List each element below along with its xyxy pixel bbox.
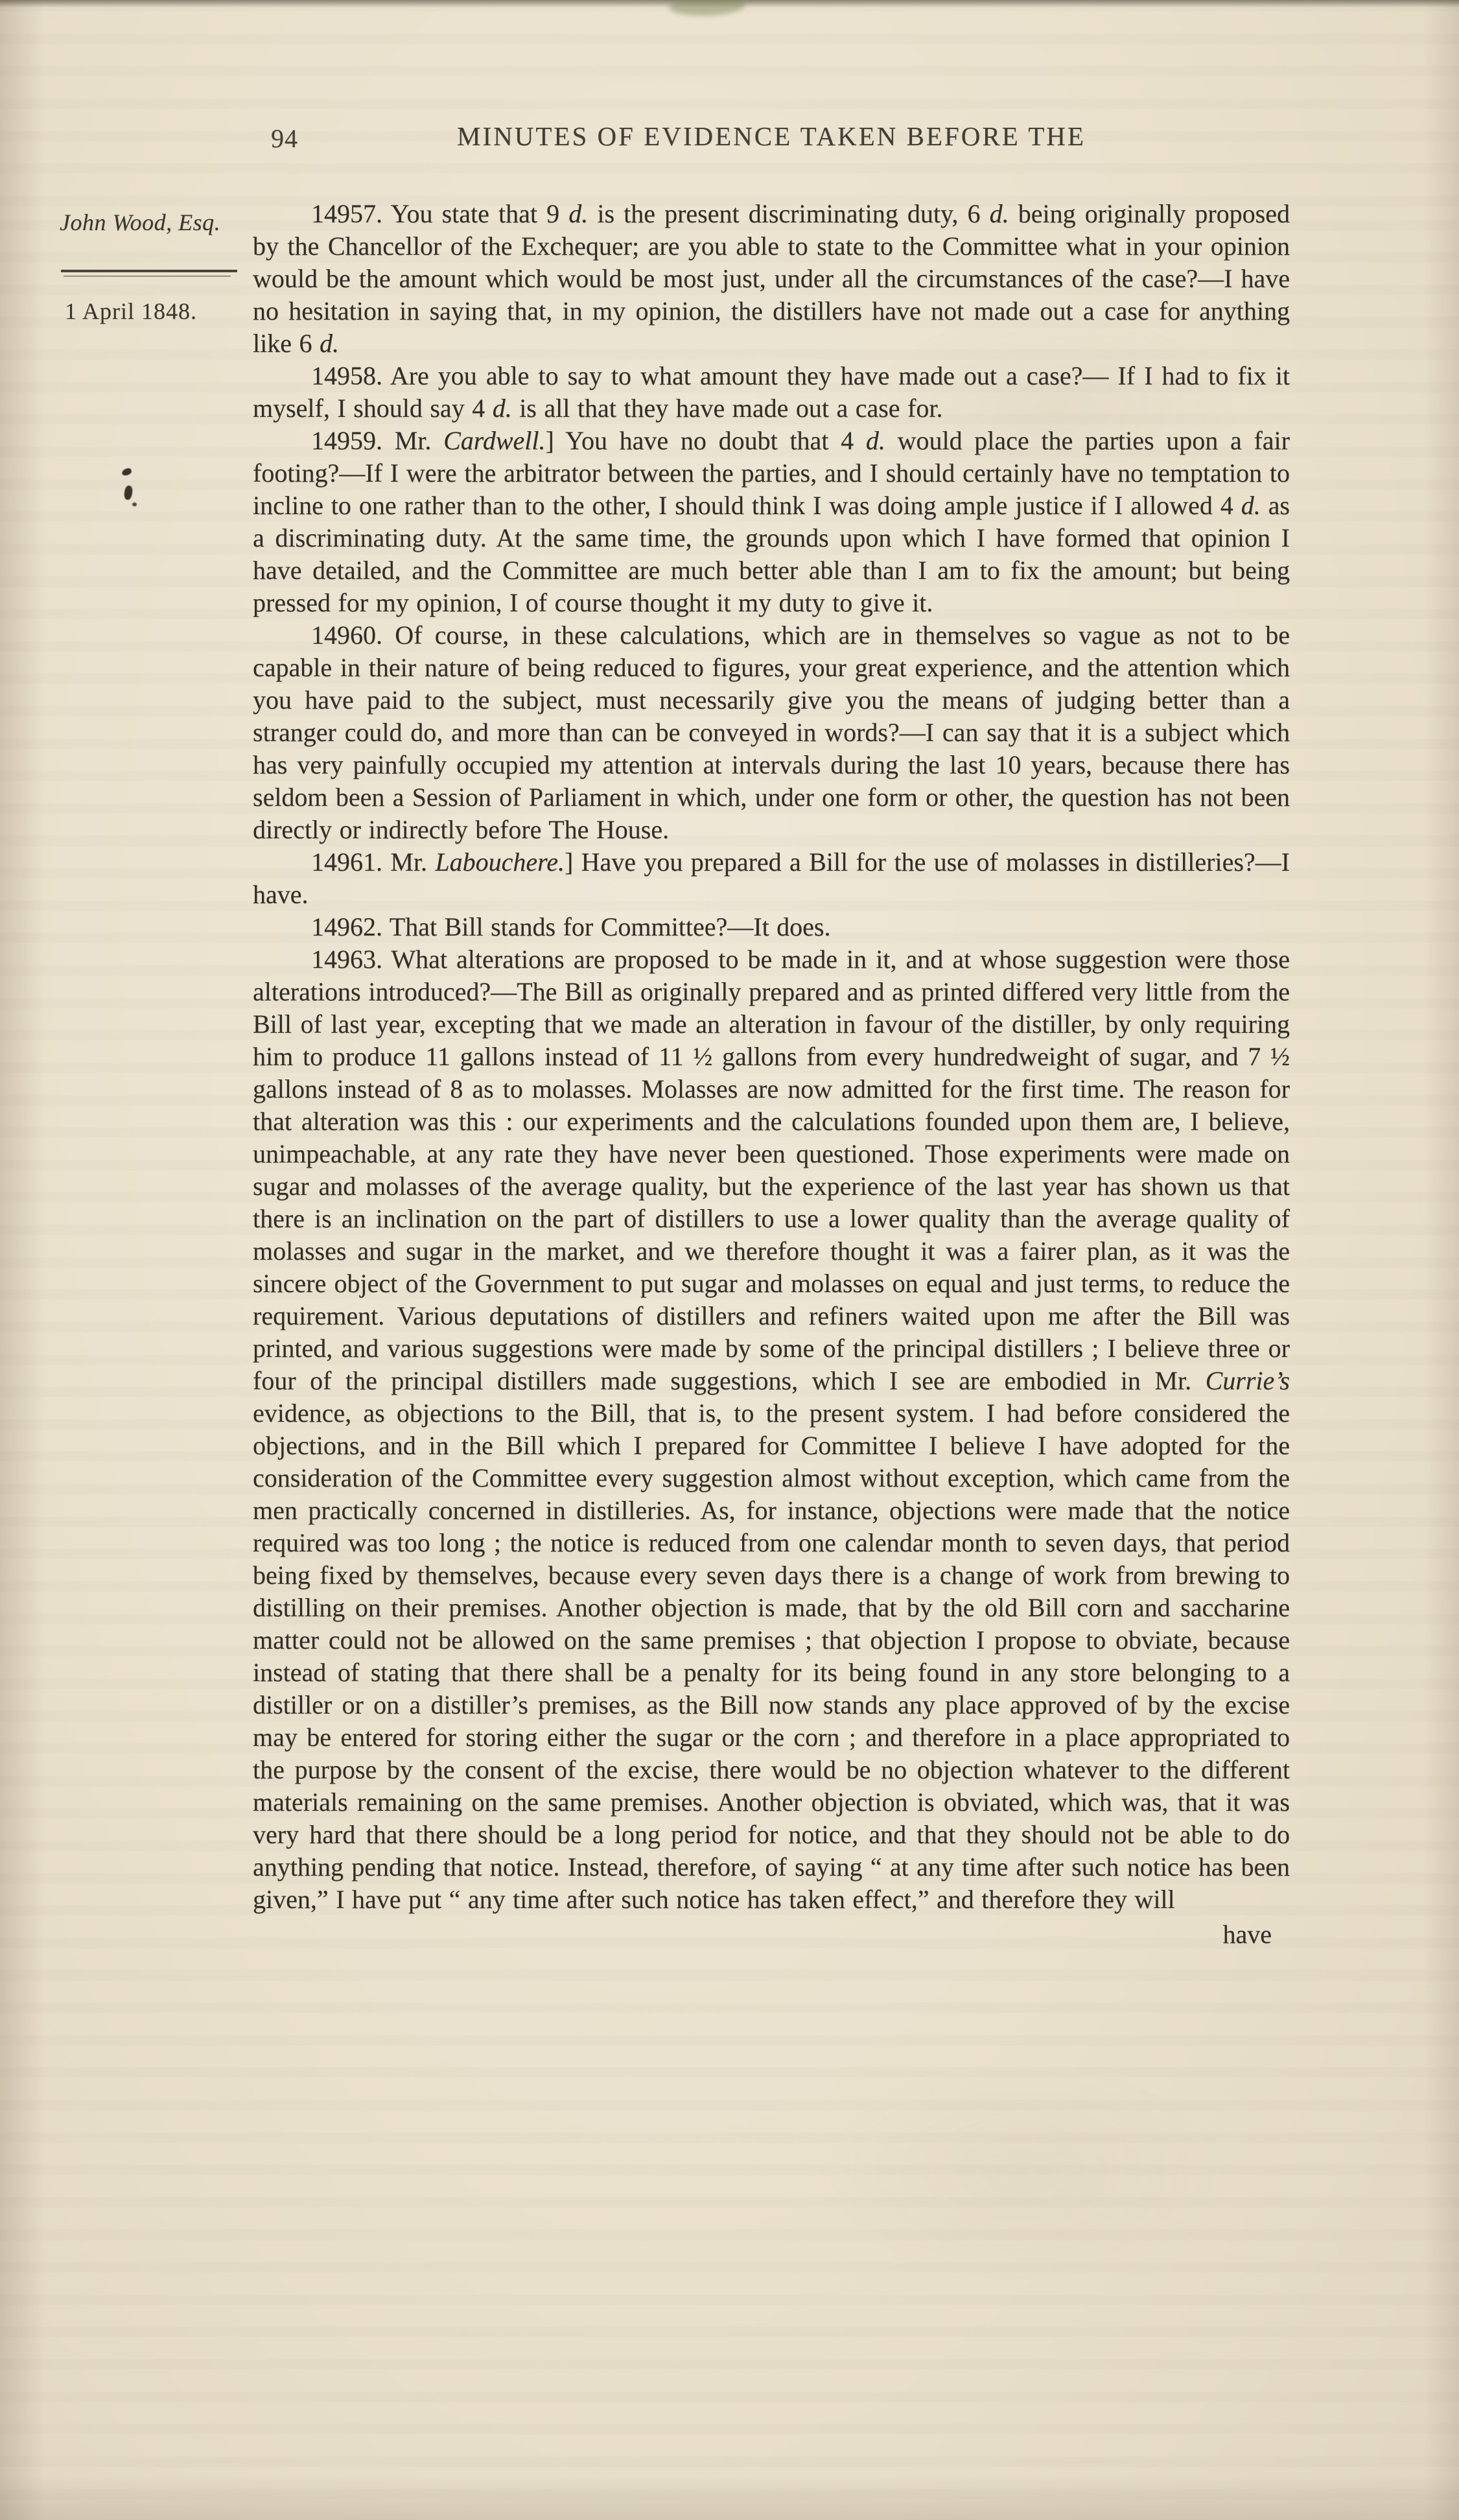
qa-paragraph: 14960. Of course, in these calculations,…: [253, 619, 1290, 846]
hearing-date: 1 April 1848.: [60, 298, 249, 325]
catchword: have: [253, 1918, 1290, 1951]
scanned-document-page: 94 MINUTES OF EVIDENCE TAKEN BEFORE THE …: [0, 0, 1459, 2520]
qa-paragraph: 14958. Are you able to say to what amoun…: [253, 360, 1290, 425]
qa-paragraph: 14961. Mr. Labouchere.] Have you prepare…: [253, 846, 1290, 911]
qa-paragraph: 14959. Mr. Cardwell.] You have no doubt …: [253, 425, 1290, 619]
qa-paragraph: 14957. You state that 9 d. is the presen…: [253, 198, 1290, 360]
qa-paragraph: 14963. What alterations are proposed to …: [253, 943, 1290, 1916]
sidenote-rule-shadow: [64, 276, 231, 277]
margin-sidenote: John Wood, Esq. 1 April 1848.: [60, 209, 249, 325]
running-title: MINUTES OF EVIDENCE TAKEN BEFORE THE: [253, 121, 1290, 152]
sidenote-rule: [61, 270, 237, 272]
witness-name: John Wood, Esq.: [60, 209, 249, 236]
evidence-text-column: 14957. You state that 9 d. is the presen…: [253, 198, 1290, 1951]
scan-smudge-mark: [669, 0, 746, 17]
qa-paragraph: 14962. That Bill stands for Committee?—I…: [253, 911, 1290, 943]
